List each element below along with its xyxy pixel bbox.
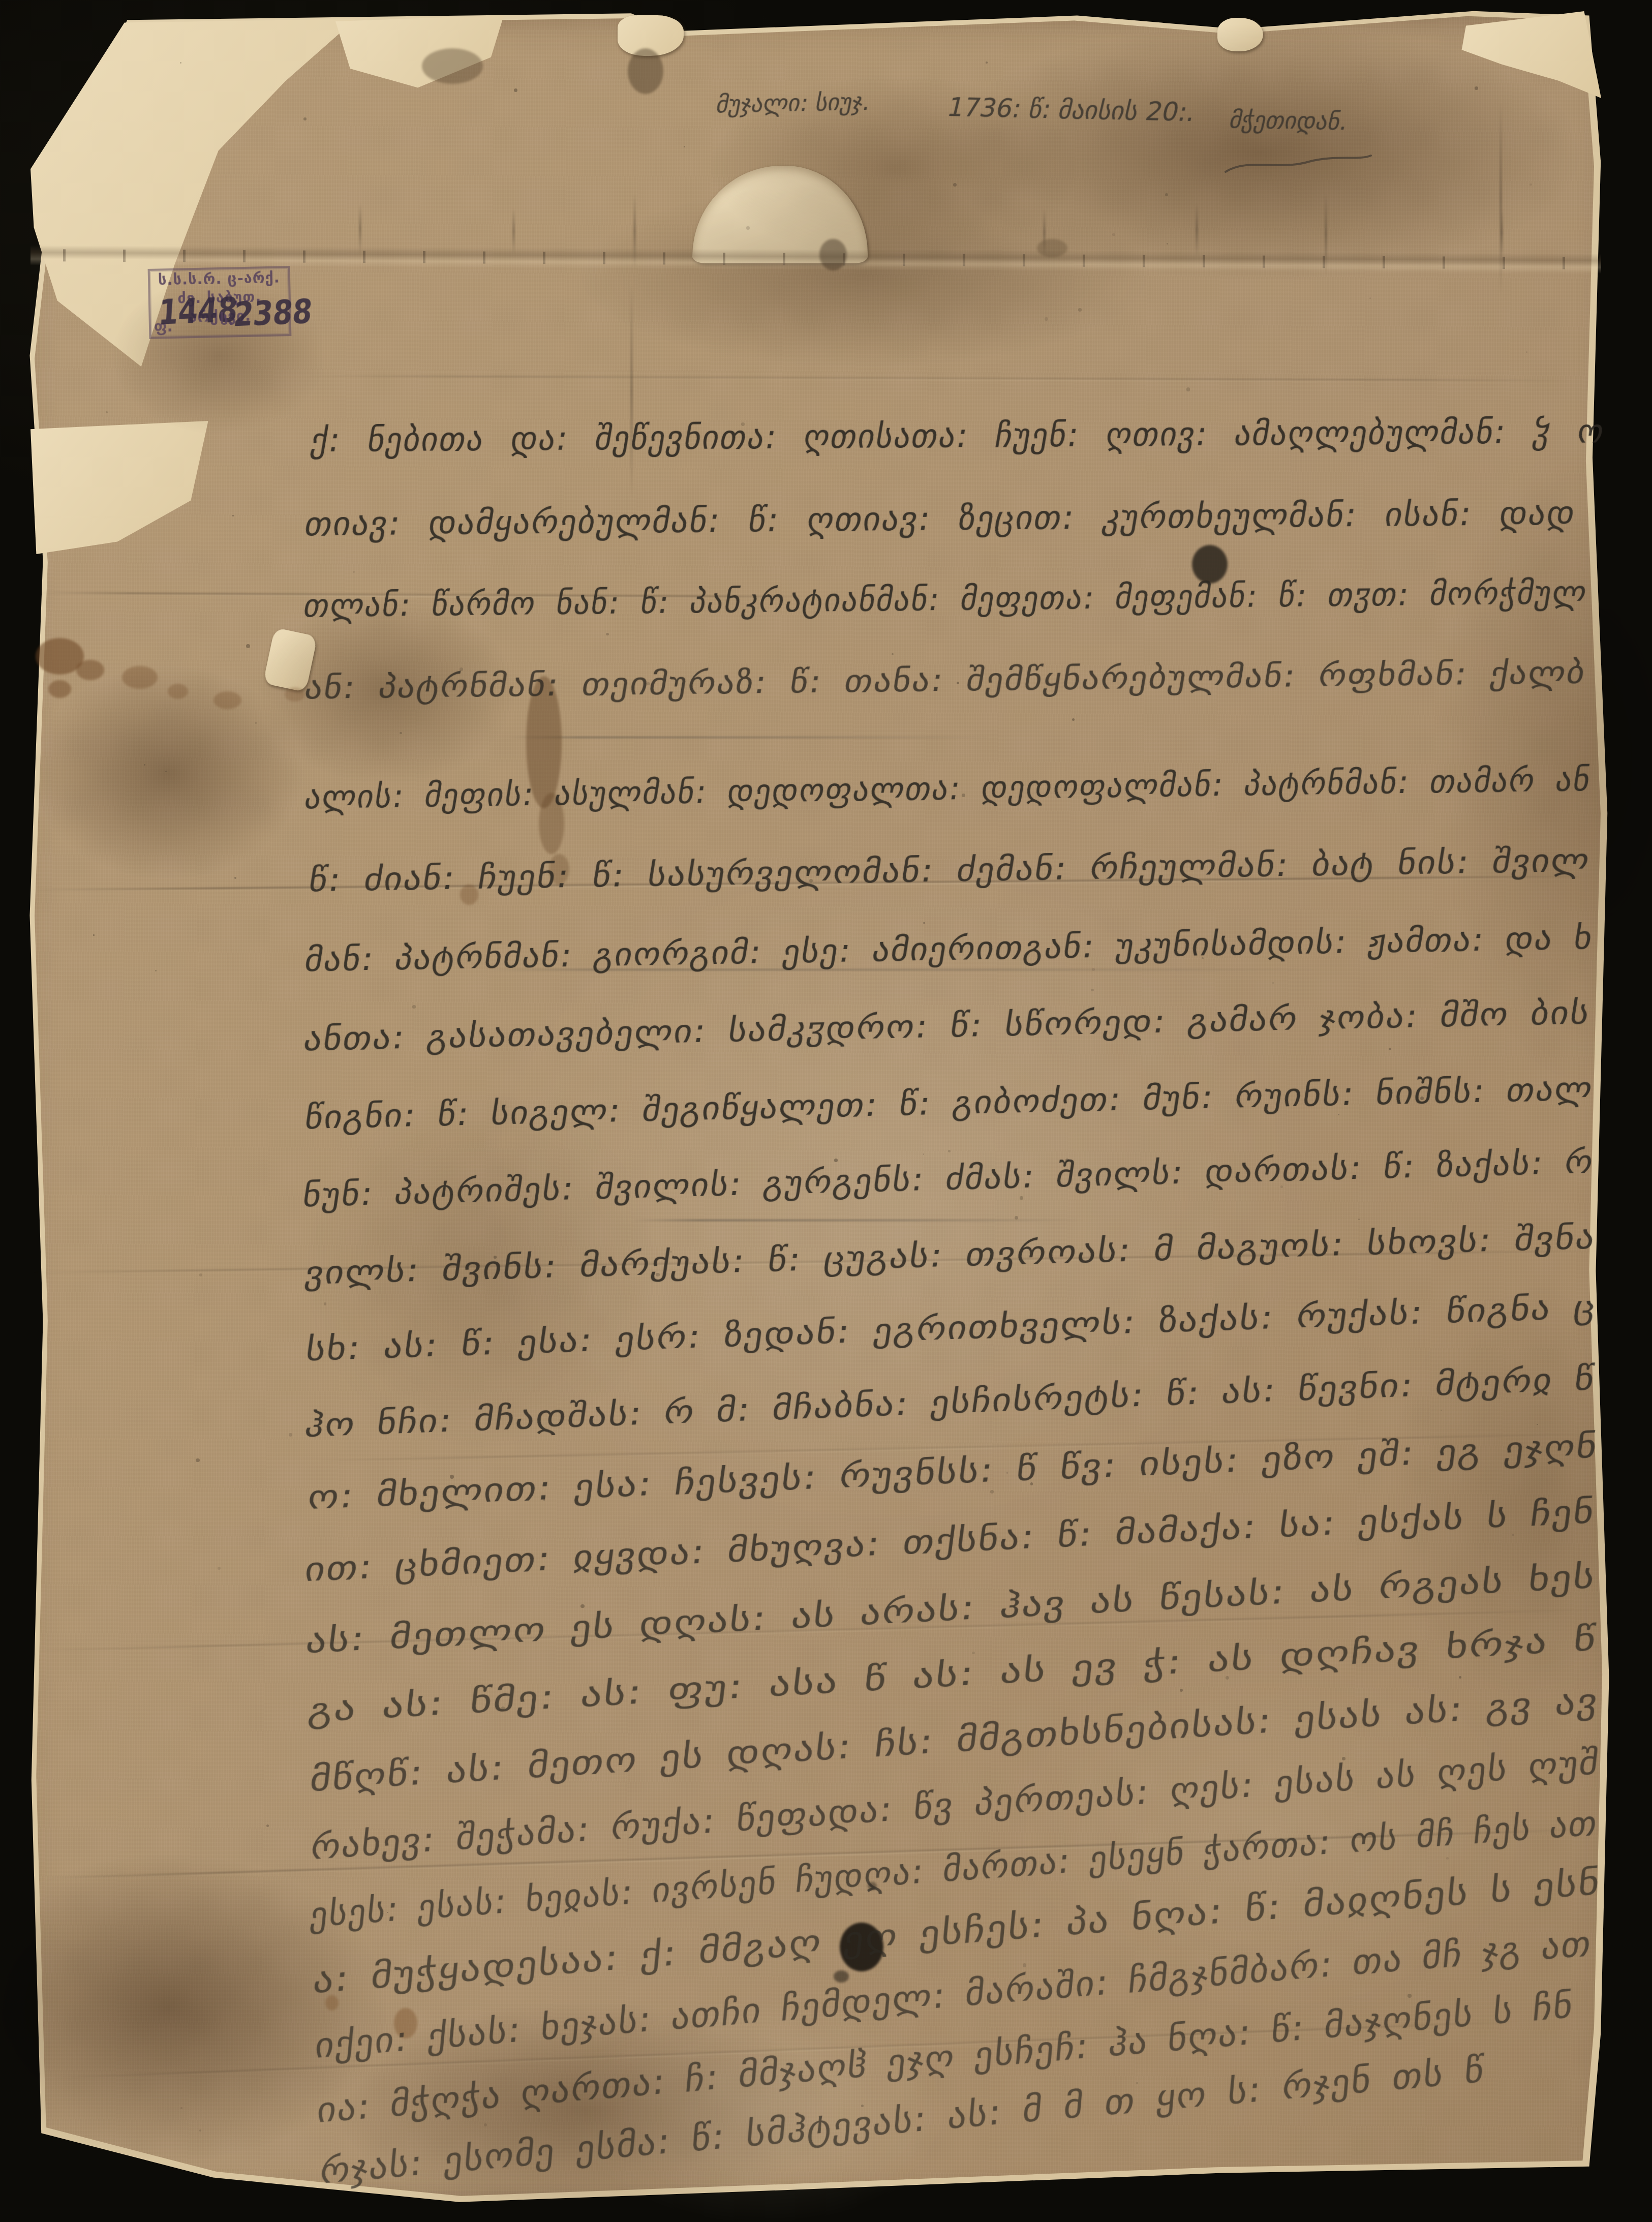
ink-speck bbox=[1537, 1424, 1538, 1425]
stain-spot bbox=[48, 680, 71, 698]
vertical-crease-line bbox=[1500, 102, 1502, 295]
ink-speck bbox=[199, 2129, 201, 2131]
stain-spot bbox=[168, 684, 188, 699]
stain-spot bbox=[285, 687, 305, 702]
ink-speck bbox=[1020, 1196, 1023, 1200]
ink-speck bbox=[1408, 1994, 1412, 1998]
stain-spot bbox=[122, 666, 158, 689]
ink-speck bbox=[400, 732, 402, 735]
ink-speck bbox=[324, 1302, 326, 1305]
ink-speck bbox=[1165, 193, 1168, 196]
ink-speck bbox=[1369, 297, 1371, 299]
ink-speck bbox=[196, 1458, 200, 1463]
stamp-item-number: 2388 bbox=[232, 291, 314, 334]
header-left-note: მუჯალი: სიუჯ. bbox=[714, 88, 873, 118]
ink-speck bbox=[948, 1150, 951, 1152]
stain-spot bbox=[213, 691, 241, 709]
ink-speck bbox=[1072, 718, 1075, 721]
vertical-crease-line bbox=[1325, 193, 1327, 275]
stain-spot bbox=[628, 48, 663, 94]
vertical-crease-line bbox=[512, 208, 515, 254]
torn-patch-top-mid-small bbox=[1217, 18, 1263, 51]
header-date-note: 1736: წ: მაისის 20:. bbox=[944, 93, 1199, 127]
ink-speck bbox=[93, 934, 95, 936]
ink-speck bbox=[972, 1652, 975, 1655]
pencil-stroke bbox=[508, 736, 991, 739]
ink-speck bbox=[1338, 1114, 1339, 1115]
ink-speck bbox=[1389, 1048, 1391, 1050]
ink-speck bbox=[1441, 1410, 1442, 1411]
header-underline-flourish bbox=[1222, 148, 1375, 179]
ink-speck bbox=[1272, 982, 1274, 984]
vertical-crease-line bbox=[630, 285, 633, 498]
vertical-crease-line bbox=[359, 203, 361, 254]
ink-speck bbox=[580, 1604, 584, 1608]
ink-speck bbox=[834, 1159, 838, 1162]
ink-speck bbox=[232, 515, 233, 516]
stain-spot bbox=[834, 1970, 849, 1983]
ink-speck bbox=[892, 653, 893, 655]
ink-speck bbox=[180, 62, 181, 64]
header-place-note: მჭეთიდან. bbox=[1227, 106, 1351, 135]
stamp-item-prefix: ს. bbox=[220, 311, 234, 329]
stain-spot bbox=[76, 660, 104, 680]
manuscript-photo: ს.ს.ს.რ. ც-არქ. ძვ. საბუთ. არქივი. ფ. 14… bbox=[0, 0, 1652, 2222]
ink-speck bbox=[1112, 233, 1115, 236]
ink-speck bbox=[484, 2123, 487, 2126]
stain-spot bbox=[819, 239, 847, 270]
stamp-line-1: ს.ს.ს.რ. ც-არქ. bbox=[150, 268, 289, 290]
stain-spot bbox=[1037, 239, 1067, 257]
ink-speck bbox=[746, 226, 750, 230]
ink-speck bbox=[155, 970, 157, 971]
ink-speck bbox=[1529, 184, 1532, 186]
vertical-crease-line bbox=[633, 193, 636, 269]
ink-speck bbox=[234, 877, 236, 879]
vertical-crease-line bbox=[1196, 203, 1198, 257]
stain-spot bbox=[422, 48, 483, 84]
ink-speck bbox=[199, 1273, 202, 1276]
ink-speck bbox=[412, 1005, 416, 1009]
pencil-stroke bbox=[633, 1219, 1085, 1222]
